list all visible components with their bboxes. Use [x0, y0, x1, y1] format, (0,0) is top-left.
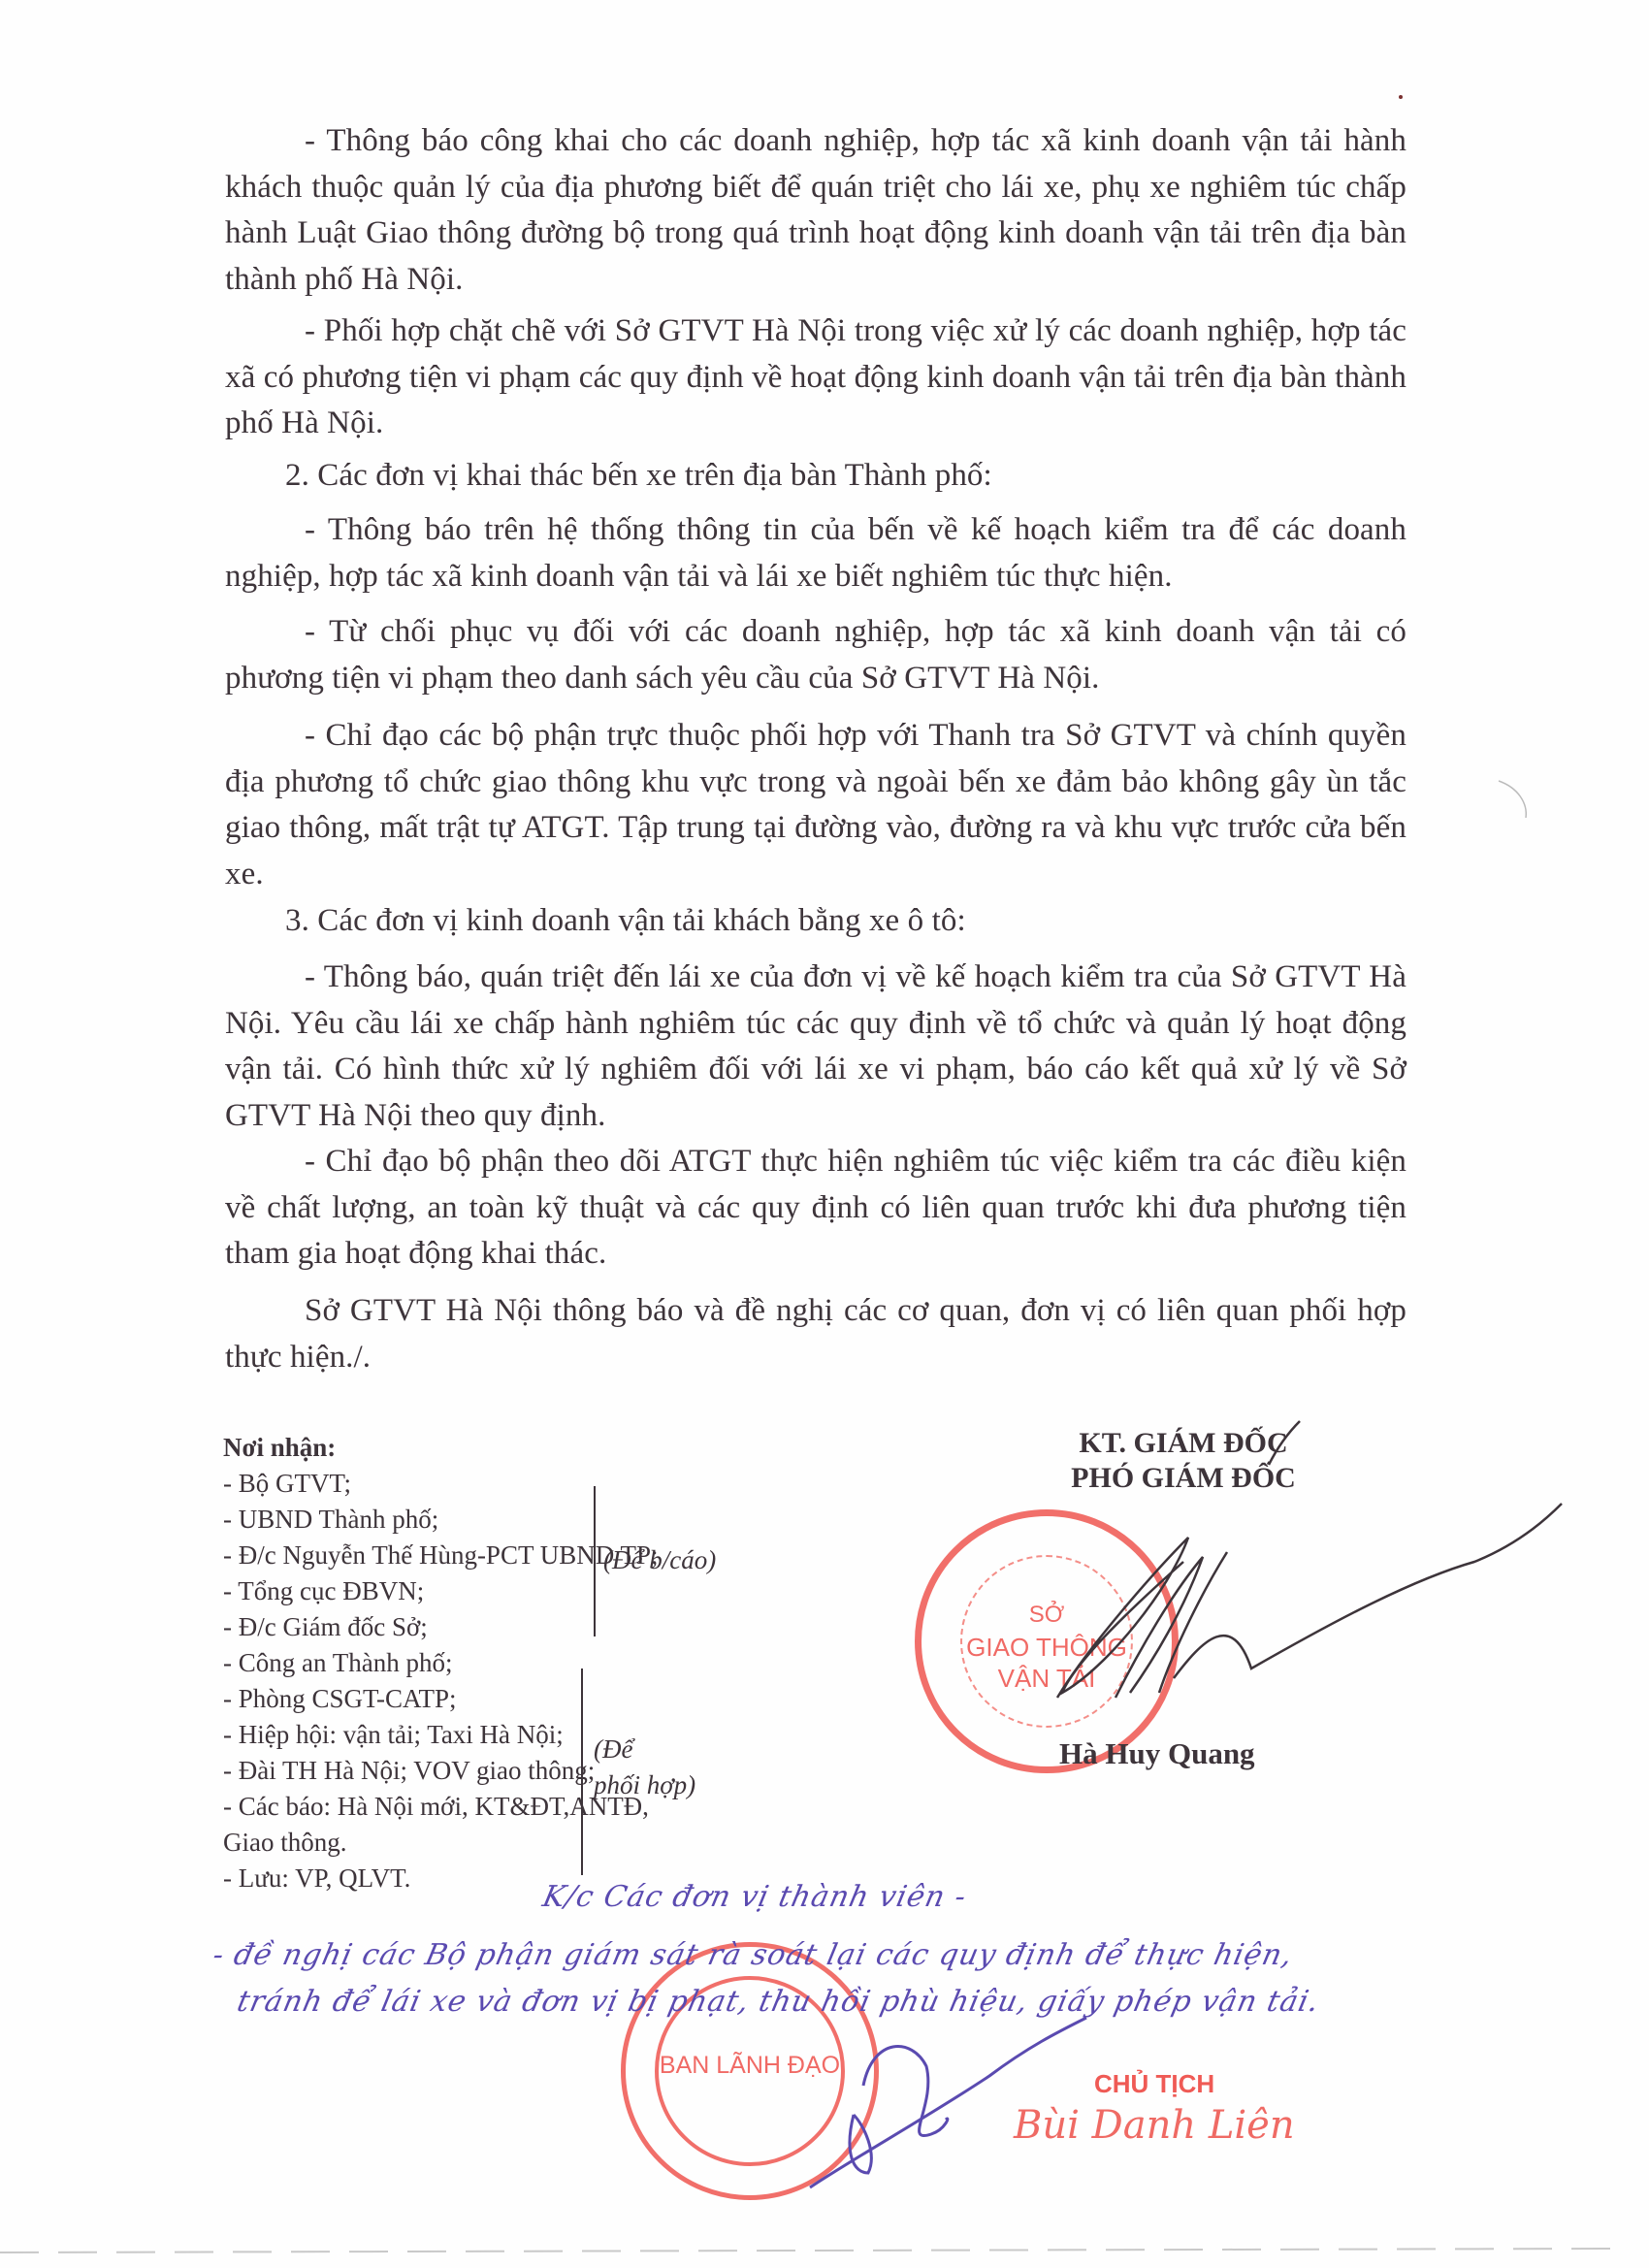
recipient-item: - Bộ GTVT;	[223, 1466, 805, 1502]
handwritten-note-line1: K/c Các đơn vị thành viên -	[539, 1880, 969, 1914]
report-group-divider	[594, 1486, 596, 1636]
recipient-item: - Các báo: Hà Nội mới, KT&ĐT,ANTĐ,	[223, 1789, 805, 1825]
signature-title-line2: PHÓ GIÁM ĐỐC	[1038, 1461, 1329, 1496]
section-heading: 3. Các đơn vị kinh doanh vận tải khách b…	[225, 898, 1406, 945]
paragraph-bullet: - Từ chối phục vụ đối với các doanh nghi…	[225, 609, 1406, 701]
signature-title-line1: KT. GIÁM ĐỐC	[1038, 1426, 1329, 1461]
section-heading: 2. Các đơn vị khai thác bến xe trên địa …	[225, 453, 1406, 500]
chairman-name: Bùi Danh Liên	[1014, 2103, 1295, 2148]
stamp-center-line3: VẬN TẢI	[921, 1664, 1172, 1694]
recipient-item: - Tổng cục ĐBVN;	[223, 1573, 805, 1609]
scan-edge-line	[0, 2249, 1610, 2252]
signer-name: Hà Huy Quang	[1059, 1736, 1255, 1771]
paragraph-bullet: - Phối hợp chặt chẽ với Sở GTVT Hà Nội t…	[225, 308, 1406, 447]
department-stamp: SỞ GIAO THÔNG VẬN TẢI	[915, 1509, 1179, 1773]
association-stamp: BAN LÃNH ĐẠO	[621, 1942, 879, 2200]
handwritten-note-line2: - đề nghị các Bộ phận giám sát rà soát l…	[210, 1938, 1296, 1972]
paragraph-bullet: - Thông báo trên hệ thống thông tin của …	[225, 507, 1406, 599]
chairman-title: CHỦ TỊCH	[1094, 2069, 1214, 2099]
recipient-item: - Phòng CSGT-CATP;	[223, 1681, 805, 1717]
coordinate-note-line2: phối hợp)	[594, 1767, 695, 1803]
document-page: - Thông báo công khai cho các doanh nghi…	[0, 0, 1649, 2268]
handwritten-note-line3: tránh để lái xe và đơn vị bị phạt, thu h…	[234, 1985, 1322, 2019]
closing-paragraph: Sở GTVT Hà Nội thông báo và đề nghị các …	[225, 1288, 1406, 1380]
recipients-list: Nơi nhận: - Bộ GTVT; - UBND Thành phố; -…	[223, 1430, 805, 1896]
scan-arc-icon	[1499, 781, 1526, 818]
recipients-title: Nơi nhận:	[223, 1430, 805, 1466]
scan-mark-icon	[1399, 95, 1403, 99]
coordinate-note-line1: (Để	[594, 1732, 632, 1767]
stamp-center-line2: GIAO THÔNG	[921, 1633, 1172, 1663]
coordinate-group-divider	[581, 1669, 583, 1875]
recipient-item: - Đ/c Giám đốc Sở;	[223, 1609, 805, 1645]
paragraph-bullet: - Chỉ đạo bộ phận theo dõi ATGT thực hiệ…	[225, 1139, 1406, 1278]
recipient-item: - Đài TH Hà Nội; VOV giao thông;	[223, 1753, 805, 1789]
recipient-item: - UBND Thành phố;	[223, 1502, 805, 1538]
signature-block: KT. GIÁM ĐỐC PHÓ GIÁM ĐỐC	[1038, 1426, 1329, 1496]
paragraph-bullet: - Thông báo công khai cho các doanh nghi…	[225, 118, 1406, 303]
stamp-center-line1: SỞ	[921, 1602, 1172, 1629]
paragraph-bullet: - Chỉ đạo các bộ phận trực thuộc phối hợ…	[225, 713, 1406, 897]
recipient-item: - Đ/c Nguyễn Thế Hùng-PCT UBND TP;	[223, 1538, 805, 1573]
recipient-item: Giao thông.	[223, 1825, 805, 1861]
recipient-item: - Hiệp hội: vận tải; Taxi Hà Nội;	[223, 1717, 805, 1753]
paragraph-bullet: - Thông báo, quán triệt đến lái xe của đ…	[225, 955, 1406, 1139]
recipient-item: - Công an Thành phố;	[223, 1645, 805, 1681]
report-note: (Để b/cáo)	[603, 1542, 716, 1578]
association-stamp-center: BAN LÃNH ĐẠO	[626, 2052, 874, 2080]
